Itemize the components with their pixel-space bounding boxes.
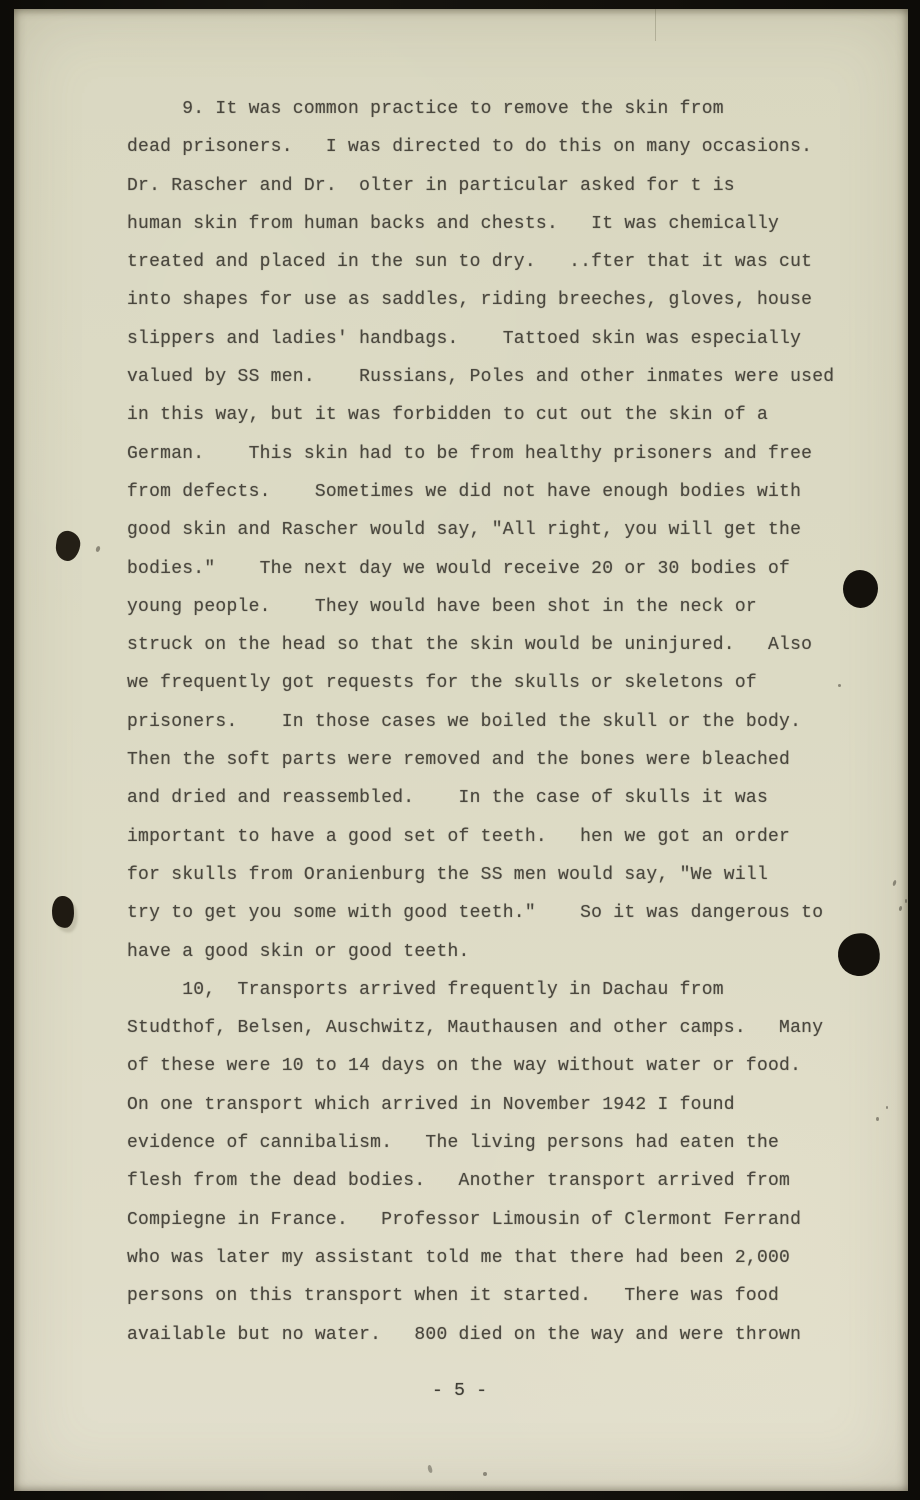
text-line: Compiegne in France. Professor Limousin … bbox=[127, 1201, 887, 1239]
text-line: available but no water. 800 died on the … bbox=[127, 1316, 887, 1354]
text-line: bodies." The next day we would receive 2… bbox=[127, 550, 887, 588]
text-line: who was later my assistant told me that … bbox=[127, 1239, 887, 1277]
punch-hole-right-top bbox=[843, 570, 878, 608]
text-line: 10, Transports arrived frequently in Dac… bbox=[127, 971, 887, 1009]
text-line: persons on this transport when it starte… bbox=[127, 1277, 887, 1315]
text-line: in this way, but it was forbidden to cut… bbox=[127, 396, 887, 434]
punch-hole-left-bottom bbox=[51, 895, 76, 929]
page-number: - 5 - bbox=[432, 1381, 487, 1401]
text-line: Then the soft parts were removed and the… bbox=[127, 741, 887, 779]
text-line: Studthof, Belsen, Auschwitz, Mauthausen … bbox=[127, 1009, 887, 1047]
ink-speck bbox=[427, 1465, 433, 1474]
ink-speck bbox=[95, 545, 101, 552]
scanned-affidavit-page: { "page": { "number_label": "- 5 -" }, "… bbox=[0, 0, 920, 1500]
text-line: important to have a good set of teeth. h… bbox=[127, 818, 887, 856]
text-line: dead prisoners. I was directed to do thi… bbox=[127, 128, 887, 166]
text-line: German. This skin had to be from healthy… bbox=[127, 435, 887, 473]
ink-speck bbox=[892, 880, 897, 887]
text-line: of these were 10 to 14 days on the way w… bbox=[127, 1047, 887, 1085]
ink-speck bbox=[886, 1106, 888, 1109]
text-line: prisoners. In those cases we boiled the … bbox=[127, 703, 887, 741]
text-line: for skulls from Oranienburg the SS men w… bbox=[127, 856, 887, 894]
text-line: have a good skin or good teeth. bbox=[127, 933, 887, 971]
paper-sheet: 9. It was common practice to remove the … bbox=[14, 9, 908, 1491]
typed-text-block: 9. It was common practice to remove the … bbox=[127, 90, 887, 1354]
text-line: young people. They would have been shot … bbox=[127, 588, 887, 626]
text-line: from defects. Sometimes we did not have … bbox=[127, 473, 887, 511]
punch-hole-left-top bbox=[54, 529, 82, 562]
ink-speck bbox=[140, 1257, 143, 1261]
text-line: and dried and reassembled. In the case o… bbox=[127, 779, 887, 817]
text-line: treated and placed in the sun to dry. ..… bbox=[127, 243, 887, 281]
text-line: Dr. Rascher and Dr. olter in particular … bbox=[127, 167, 887, 205]
text-line: 9. It was common practice to remove the … bbox=[127, 90, 887, 128]
ink-speck bbox=[838, 684, 841, 687]
text-line: into shapes for use as saddles, riding b… bbox=[127, 281, 887, 319]
text-line: On one transport which arrived in Novemb… bbox=[127, 1086, 887, 1124]
ink-speck bbox=[899, 906, 903, 912]
text-line: evidence of cannibalism. The living pers… bbox=[127, 1124, 887, 1162]
text-line: good skin and Rascher would say, "All ri… bbox=[127, 511, 887, 549]
text-line: struck on the head so that the skin woul… bbox=[127, 626, 887, 664]
ink-speck bbox=[905, 899, 907, 903]
text-line: we frequently got requests for the skull… bbox=[127, 664, 887, 702]
text-line: slippers and ladies' handbags. Tattoed s… bbox=[127, 320, 887, 358]
text-line: human skin from human backs and chests. … bbox=[127, 205, 887, 243]
ink-speck bbox=[483, 1472, 487, 1476]
paper-crease bbox=[655, 9, 656, 41]
text-line: try to get you some with good teeth." So… bbox=[127, 894, 887, 932]
text-line: valued by SS men. Russians, Poles and ot… bbox=[127, 358, 887, 396]
ink-speck bbox=[876, 1117, 879, 1121]
text-line: flesh from the dead bodies. Another tran… bbox=[127, 1162, 887, 1200]
